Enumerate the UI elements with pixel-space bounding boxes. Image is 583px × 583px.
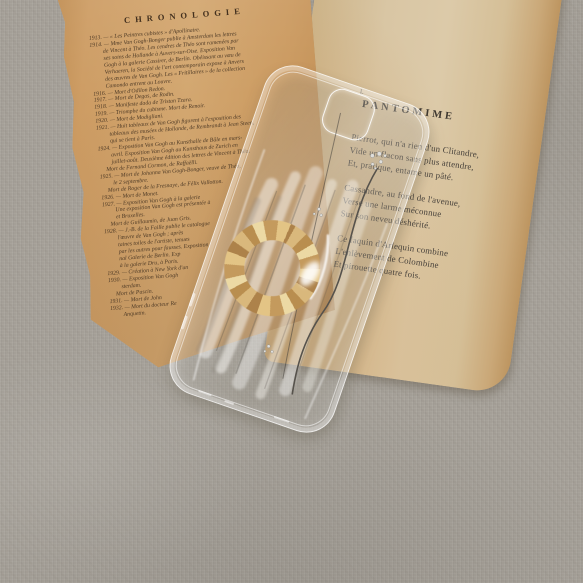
- product-photo-scene: I. PANTOMIME Pierrot, qui n'a rien d'un …: [0, 0, 583, 583]
